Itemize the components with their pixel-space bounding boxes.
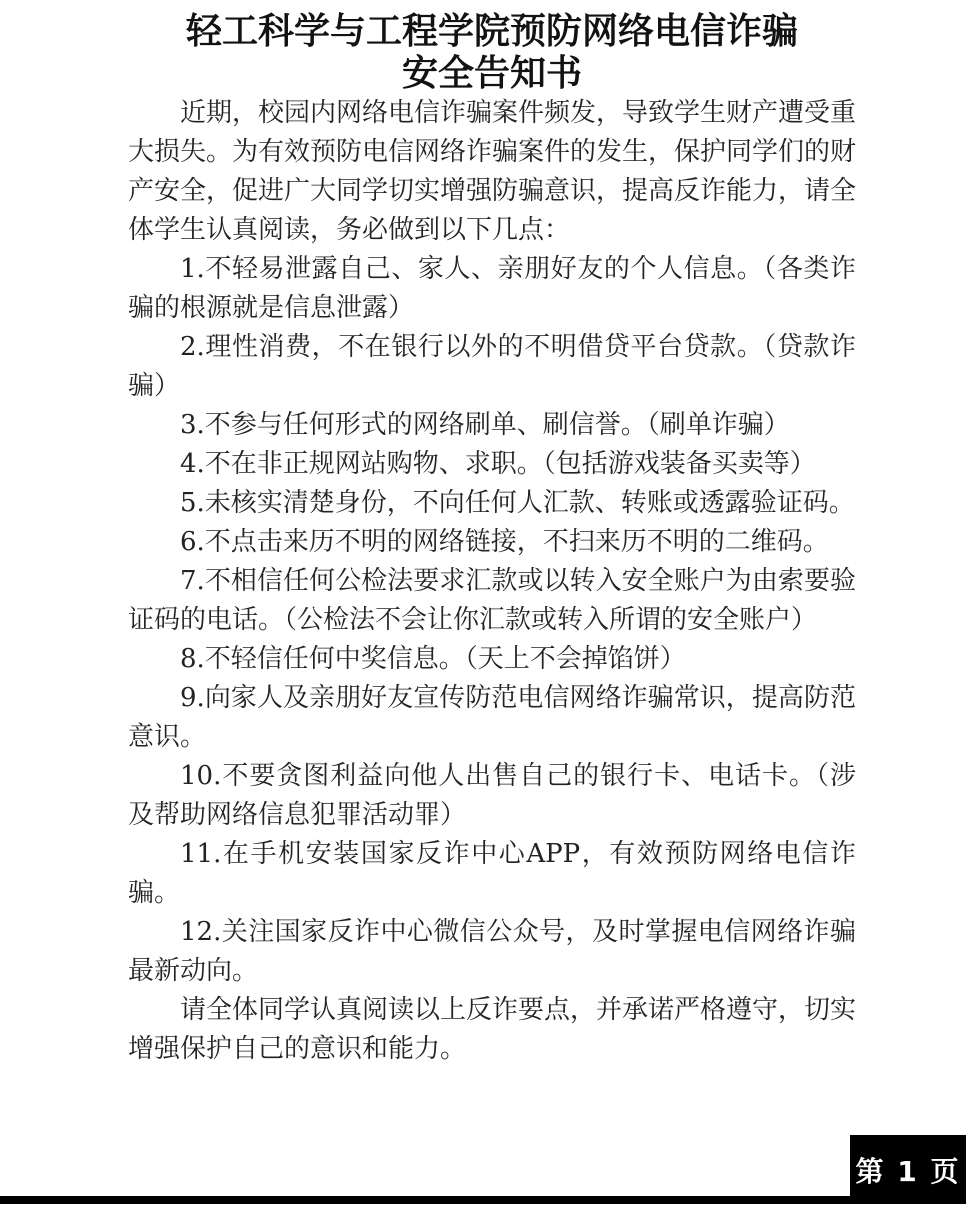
point-4: 4.不在非正规网站购物、求职。（包括游戏装备买卖等） <box>128 445 856 484</box>
point-5: 5.未核实清楚身份，不向任何人汇款、转账或透露验证码。 <box>128 484 856 523</box>
notice-page: 轻工科学与工程学院预防网络电信诈骗 安全告知书 近期，校园内网络电信诈骗案件频发… <box>0 0 966 1213</box>
notice-body: 近期，校园内网络电信诈骗案件频发，导致学生财产遭受重大损失。为有效预防电信网络诈… <box>128 94 856 1069</box>
point-10: 10.不要贪图利益向他人出售自己的银行卡、电话卡。（涉及帮助网络信息犯罪活动罪） <box>128 757 856 835</box>
page-number-badge: 第 1 页 <box>850 1135 966 1204</box>
point-1: 1.不轻易泄露自己、家人、亲朋好友的个人信息。（各类诈骗的根源就是信息泄露） <box>128 250 856 328</box>
closing-paragraph: 请全体同学认真阅读以上反诈要点，并承诺严格遵守，切实增强保护自己的意识和能力。 <box>128 991 856 1069</box>
intro-paragraph: 近期，校园内网络电信诈骗案件频发，导致学生财产遭受重大损失。为有效预防电信网络诈… <box>128 94 856 250</box>
footer-rule <box>0 1196 966 1204</box>
point-8: 8.不轻信任何中奖信息。（天上不会掉馅饼） <box>128 640 856 679</box>
point-11: 11.在手机安装国家反诈中心APP，有效预防网络电信诈骗。 <box>128 835 856 913</box>
point-9: 9.向家人及亲朋好友宣传防范电信网络诈骗常识，提高防范意识。 <box>128 679 856 757</box>
title-line-1: 轻工科学与工程学院预防网络电信诈骗 <box>186 10 798 52</box>
page-number-label: 第 1 页 <box>856 1150 961 1190</box>
point-12: 12.关注国家反诈中心微信公众号，及时掌握电信网络诈骗最新动向。 <box>128 913 856 991</box>
title-line-2: 安全告知书 <box>402 52 582 94</box>
point-3: 3.不参与任何形式的网络刷单、刷信誉。（刷单诈骗） <box>128 406 856 445</box>
point-2: 2.理性消费，不在银行以外的不明借贷平台贷款。（贷款诈骗） <box>128 328 856 406</box>
point-6: 6.不点击来历不明的网络链接，不扫来历不明的二维码。 <box>128 523 856 562</box>
point-7: 7.不相信任何公检法要求汇款或以转入安全账户为由索要验证码的电话。（公检法不会让… <box>128 562 856 640</box>
notice-title: 轻工科学与工程学院预防网络电信诈骗 安全告知书 <box>128 0 856 94</box>
